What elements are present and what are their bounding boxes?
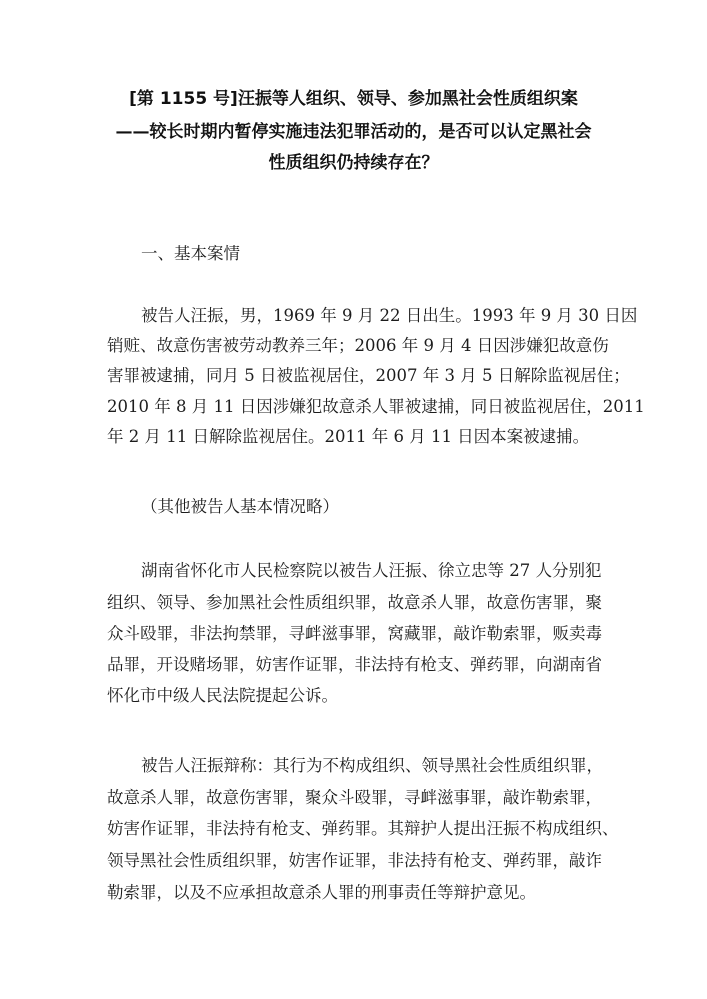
paragraph-4-line: 妨害作证罪，非法持有枪支、弹药罪。其辩护人提出汪振不构成组织、 [107,819,598,839]
document-title-line-3: 性质组织仍持续存在？ [0,153,707,173]
paragraph-3-line: 怀化市中级人民法院提起公诉。 [107,686,598,706]
document-title-line-2: ——较长时期内暂停实施违法犯罪活动的，是否可以认定黑社会 [0,122,707,142]
paragraph-4-line: 被告人汪振辩称：其行为不构成组织、领导黑社会性质组织罪， [141,756,598,776]
paragraph-2-line: （其他被告人基本情况略） [141,497,339,517]
paragraph-3-line: 湖南省怀化市人民检察院以被告人汪振、徐立忠等 27 人分别犯 [141,561,598,581]
section-heading: 一、基本案情 [141,244,240,264]
paragraph-1-line: 年 2 月 11 日解除监视居住。2011 年 6 月 11 日因本案被逮捕。 [107,427,598,447]
paragraph-1-line: 销赃、故意伤害被劳动教养三年；2006 年 9 月 4 日因涉嫌犯故意伤 [107,336,598,356]
paragraph-4-line: 勒索罪，以及不应承担故意杀人罪的刑事责任等辩护意见。 [107,883,598,903]
paragraph-3-line: 品罪，开设赌场罪，妨害作证罪，非法持有枪支、弹药罪，向湖南省 [107,655,598,675]
paragraph-4-line: 故意杀人罪，故意伤害罪，聚众斗殴罪，寻衅滋事罪，敲诈勒索罪， [107,788,598,808]
paragraph-1-line: 害罪被逮捕，同月 5 日被监视居住，2007 年 3 月 5 日解除监视居住； [107,366,598,386]
paragraph-3-line: 组织、领导、参加黑社会性质组织罪，故意杀人罪，故意伤害罪，聚 [107,593,598,613]
paragraph-4-line: 领导黑社会性质组织罪，妨害作证罪，非法持有枪支、弹药罪，敲诈 [107,851,598,871]
document-page: [第 1155 号]汪振等人组织、领导、参加黑社会性质组织案 ——较长时期内暂停… [0,0,707,999]
document-title-line-1: [第 1155 号]汪振等人组织、领导、参加黑社会性质组织案 [0,89,707,109]
paragraph-1-line: 被告人汪振，男，1969 年 9 月 22 日出生。1993 年 9 月 30 … [141,306,598,326]
paragraph-3-line: 众斗殴罪，非法拘禁罪，寻衅滋事罪，窝藏罪，敲诈勒索罪，贩卖毒 [107,624,598,644]
paragraph-1-line: 2010 年 8 月 11 日因涉嫌犯故意杀人罪被逮捕，同日被监视居住，2011 [107,397,598,417]
